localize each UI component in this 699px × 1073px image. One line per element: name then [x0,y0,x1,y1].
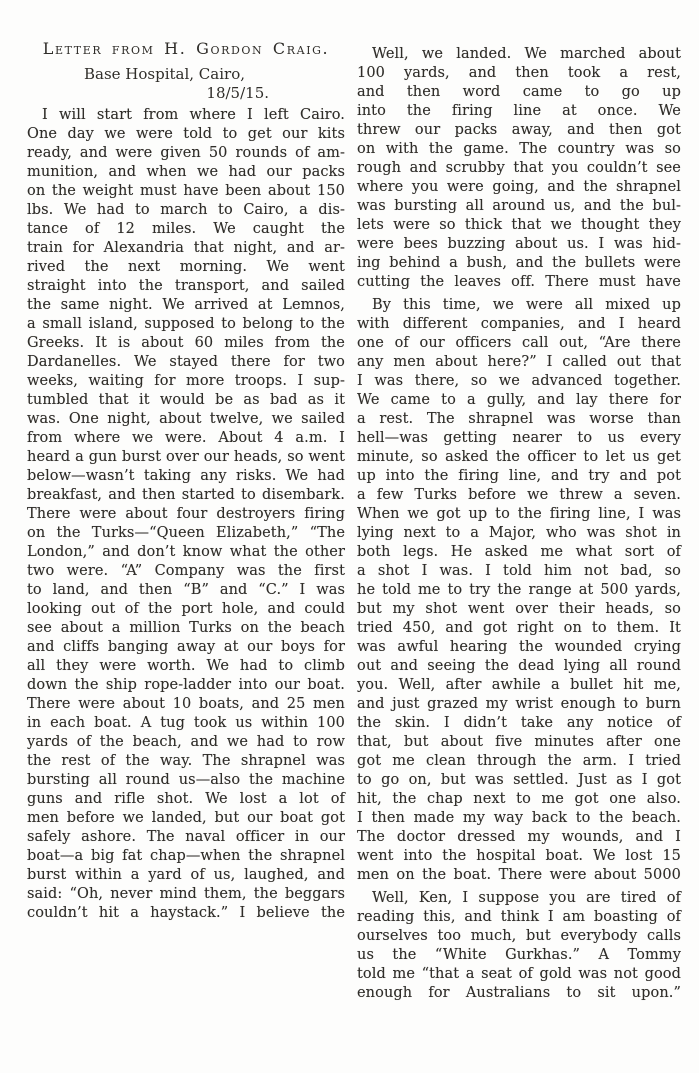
text-line: guns and rifle shot. We lost a lot of [27,790,345,809]
text-line: down the ship rope-ladder into our boat. [27,676,345,695]
text-line: told me “that a seat of gold was not goo… [357,965,681,984]
text-line: and then word came to go up [357,83,681,102]
text-line: train for Alexandria that night, and ar- [27,239,345,258]
text-line: to go on, but was settled. Just as I got [357,771,681,790]
text-line: enough for Australians to sit upon.” [357,984,681,1003]
paragraph: Well, we landed. We marched about100 yar… [357,45,681,292]
text-line: lying next to a Major, who was shot in [357,524,681,543]
text-line: out and seeing the dead lying all round [357,657,681,676]
text-line: bursting all round us—also the machine [27,771,345,790]
right-column: Well, we landed. We marched about100 yar… [357,42,681,1003]
text-line: I will start from where I left Cairo. [27,106,345,125]
text-line: us the “White Gurkhas.” A Tommy [357,946,681,965]
text-line: reading this, and think I am boasting of [357,908,681,927]
text-line: minute, so asked the officer to let us g… [357,448,681,467]
text-line: heard a gun burst over our heads, so wen… [27,448,345,467]
text-line: I was there, so we advanced together. [357,372,681,391]
text-line: got me clean through the arm. I tried [357,752,681,771]
text-line: straight into the transport, and sailed [27,277,345,296]
text-line: London,” and don’t know what the other [27,543,345,562]
text-line: Dardanelles. We stayed there for two [27,353,345,372]
text-line: threw our packs away, and then got [357,121,681,140]
right-column-text: Well, we landed. We marched about100 yar… [357,45,681,1003]
letter-date: 18/5/15. [27,84,345,103]
text-line: lbs. We had to march to Cairo, a dis- [27,201,345,220]
text-line: any men about here?” I called out that [357,353,681,372]
text-line: Greeks. It is about 60 miles from the [27,334,345,353]
text-line: where you were going, and the shrapnel [357,178,681,197]
text-line: ready, and were given 50 rounds of am- [27,144,345,163]
text-line: in each boat. A tug took us within 100 [27,714,345,733]
text-line: the same night. We arrived at Lemnos, [27,296,345,315]
text-line: cutting the leaves off. There must have [357,273,681,292]
text-line: hell—was getting nearer to us every [357,429,681,448]
text-line: with different companies, and I heard [357,315,681,334]
text-line: rived the next morning. We went [27,258,345,277]
text-line: weeks, waiting for more troops. I sup- [27,372,345,391]
letter-page: Letter from H. Gordon Craig. Base Hospit… [0,0,699,1073]
paragraph: I will start from where I left Cairo.One… [27,106,345,923]
left-column-text: I will start from where I left Cairo.One… [27,106,345,923]
text-line: burst within a yard of us, laughed, and [27,866,345,885]
text-line: was. One night, about twelve, we sailed [27,410,345,429]
text-line: on the Turks—“Queen Elizabeth,” “The [27,524,345,543]
text-line: There were about 10 boats, and 25 men [27,695,345,714]
text-line: the skin. I didn’t take any notice of [357,714,681,733]
text-line: rough and scrubby that you couldn’t see [357,159,681,178]
text-line: the rest of the way. The shrapnel was [27,752,345,771]
text-line: The doctor dressed my wounds, and I [357,828,681,847]
text-line: below—wasn’t taking any risks. We had [27,467,345,486]
text-line: and just grazed my wrist enough to burn [357,695,681,714]
text-line: to land, and then “B” and “C.” I was [27,581,345,600]
text-line: men before we landed, but our boat got [27,809,345,828]
paragraph: By this time, we were all mixed upwith d… [357,296,681,885]
text-line: went into the hospital boat. We lost 15 [357,847,681,866]
text-line: ourselves too much, but everybody calls [357,927,681,946]
text-line: and cliffs banging away at our boys for [27,638,345,657]
text-line: couldn’t hit a haystack.” I believe the [27,904,345,923]
left-column: Letter from H. Gordon Craig. Base Hospit… [27,38,345,923]
text-line: on the weight must have been about 150 [27,182,345,201]
text-line: looking out of the port hole, and could [27,600,345,619]
letter-address: Base Hospital, Cairo, [27,65,345,84]
text-line: a rest. The shrapnel was worse than [357,410,681,429]
text-line: into the firing line at once. We [357,102,681,121]
text-line: a small island, supposed to belong to th… [27,315,345,334]
text-line: There were about four destroyers firing [27,505,345,524]
text-line: Well, Ken, I suppose you are tired of [357,889,681,908]
text-line: Well, we landed. We marched about [357,45,681,64]
text-line: tumbled that it would be as bad as it [27,391,345,410]
text-line: a shot I was. I told him not bad, so [357,562,681,581]
text-line: 100 yards, and then took a rest, [357,64,681,83]
text-line: said: “Oh, never mind them, the beggars [27,885,345,904]
text-line: that, but about five minutes after one [357,733,681,752]
text-line: was awful hearing the wounded crying [357,638,681,657]
text-line: tried 450, and got right on to them. It [357,619,681,638]
text-line: men on the boat. There were about 5000 [357,866,681,885]
text-line: both legs. He asked me what sort of [357,543,681,562]
text-line: munition, and when we had our packs [27,163,345,182]
text-line: but my shot went over their heads, so [357,600,681,619]
text-line: yards of the beach, and we had to row [27,733,345,752]
text-line: from where we were. About 4 a.m. I [27,429,345,448]
text-line: two were. “A” Company was the first [27,562,345,581]
text-line: on with the game. The country was so [357,140,681,159]
text-line: a few Turks before we threw a seven. [357,486,681,505]
text-line: lets were so thick that we thought they [357,216,681,235]
text-line: We came to a gully, and lay there for [357,391,681,410]
text-line: hit, the chap next to me got one also. [357,790,681,809]
text-line: you. Well, after awhile a bullet hit me, [357,676,681,695]
text-line: was bursting all around us, and the bul- [357,197,681,216]
text-line: up into the firing line, and try and pot [357,467,681,486]
text-line: breakfast, and then started to disembark… [27,486,345,505]
text-line: one of our officers call out, “Are there [357,334,681,353]
text-line: I then made my way back to the beach. [357,809,681,828]
text-line: safely ashore. The naval officer in our [27,828,345,847]
text-line: were bees buzzing about us. I was hid- [357,235,681,254]
text-line: he told me to try the range at 500 yards… [357,581,681,600]
text-line: tance of 12 miles. We caught the [27,220,345,239]
text-line: By this time, we were all mixed up [357,296,681,315]
text-line: boat—a big fat chap—when the shrapnel [27,847,345,866]
text-line: ing behind a bush, and the bullets were [357,254,681,273]
text-line: all they were worth. We had to climb [27,657,345,676]
text-line: When we got up to the firing line, I was [357,505,681,524]
text-line: see about a million Turks on the beach [27,619,345,638]
text-line: One day we were told to get our kits [27,125,345,144]
paragraph: Well, Ken, I suppose you are tired ofrea… [357,889,681,1003]
letter-title: Letter from H. Gordon Craig. [27,38,345,60]
